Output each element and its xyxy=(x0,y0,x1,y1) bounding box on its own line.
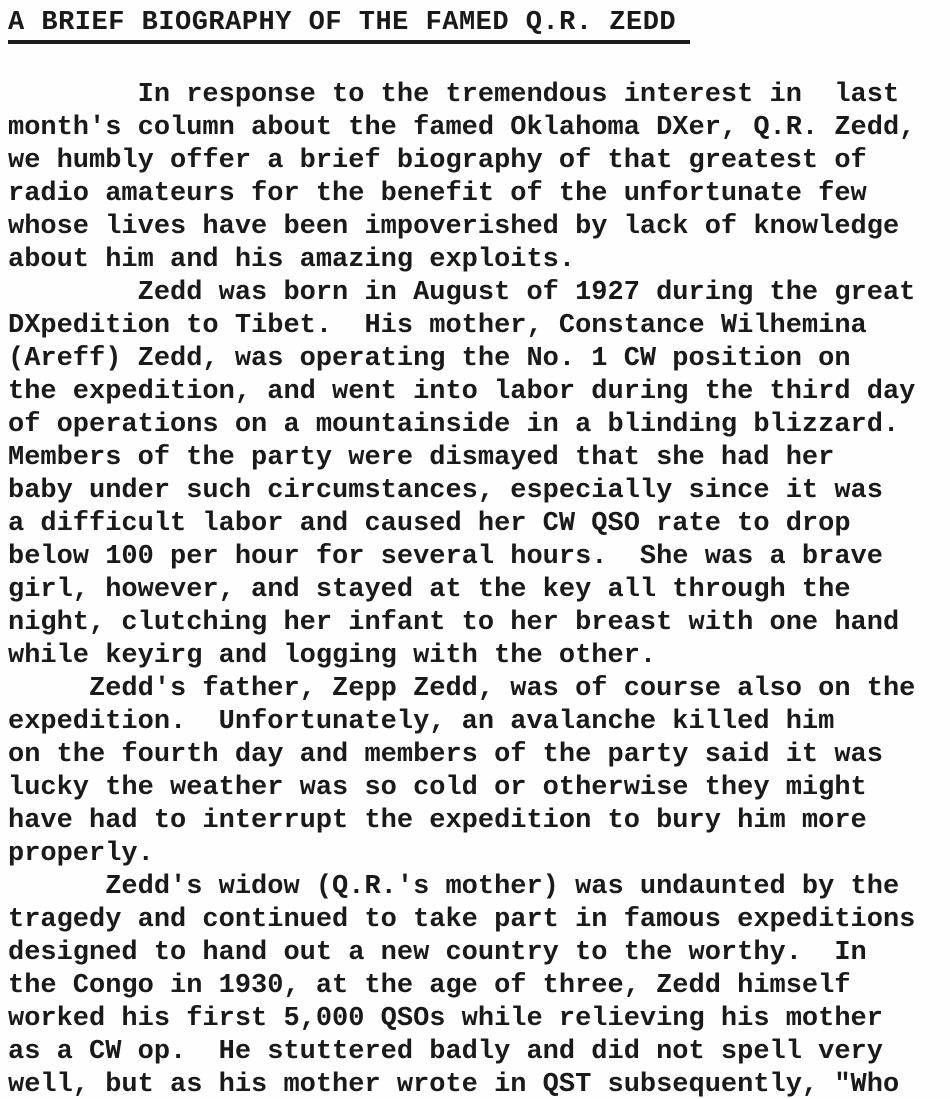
text-line: the expedition, and went into labor duri… xyxy=(8,376,950,409)
text-line: Zedd was born in August of 1927 during t… xyxy=(8,277,950,310)
text-line: a difficult labor and caused her CW QSO … xyxy=(8,508,950,541)
document-title: A BRIEF BIOGRAPHY OF THE FAMED Q.R. ZEDD xyxy=(8,7,690,44)
text-line: month's column about the famed Oklahoma … xyxy=(8,112,950,145)
text-line: we humbly offer a brief biography of tha… xyxy=(8,145,950,178)
text-line: as a CW op. He stuttered badly and did n… xyxy=(8,1036,950,1069)
document-page: A BRIEF BIOGRAPHY OF THE FAMED Q.R. ZEDD… xyxy=(0,0,950,1099)
text-line: baby under such circumstances, especiall… xyxy=(8,475,950,508)
text-line: radio amateurs for the benefit of the un… xyxy=(8,178,950,211)
text-line: In response to the tremendous interest i… xyxy=(8,79,950,112)
text-line: expedition. Unfortunately, an avalanche … xyxy=(8,706,950,739)
text-line: have had to interrupt the expedition to … xyxy=(8,805,950,838)
text-line: designed to hand out a new country to th… xyxy=(8,937,950,970)
text-line: Zedd's widow (Q.R.'s mother) was undaunt… xyxy=(8,871,950,904)
text-line: Members of the party were dismayed that … xyxy=(8,442,950,475)
text-line: tragedy and continued to take part in fa… xyxy=(8,904,950,937)
document-body: In response to the tremendous interest i… xyxy=(8,79,950,1099)
text-line: on the fourth day and members of the par… xyxy=(8,739,950,772)
text-line: of operations on a mountainside in a bli… xyxy=(8,409,950,442)
text-line: lucky the weather was so cold or otherwi… xyxy=(8,772,950,805)
text-line: the Congo in 1930, at the age of three, … xyxy=(8,970,950,1003)
text-line: Zedd's father, Zepp Zedd, was of course … xyxy=(8,673,950,706)
text-line: while keyirg and logging with the other. xyxy=(8,640,950,673)
text-line: DXpedition to Tibet. His mother, Constan… xyxy=(8,310,950,343)
text-line: about him and his amazing exploits. xyxy=(8,244,950,277)
text-line: properly. xyxy=(8,838,950,871)
text-line: girl, however, and stayed at the key all… xyxy=(8,574,950,607)
text-line: worked his first 5,000 QSOs while reliev… xyxy=(8,1003,950,1036)
text-line: whose lives have been impoverished by la… xyxy=(8,211,950,244)
text-line: (Areff) Zedd, was operating the No. 1 CW… xyxy=(8,343,950,376)
text-line: below 100 per hour for several hours. Sh… xyxy=(8,541,950,574)
text-line: night, clutching her infant to her breas… xyxy=(8,607,950,640)
text-line: well, but as his mother wrote in QST sub… xyxy=(8,1069,950,1099)
